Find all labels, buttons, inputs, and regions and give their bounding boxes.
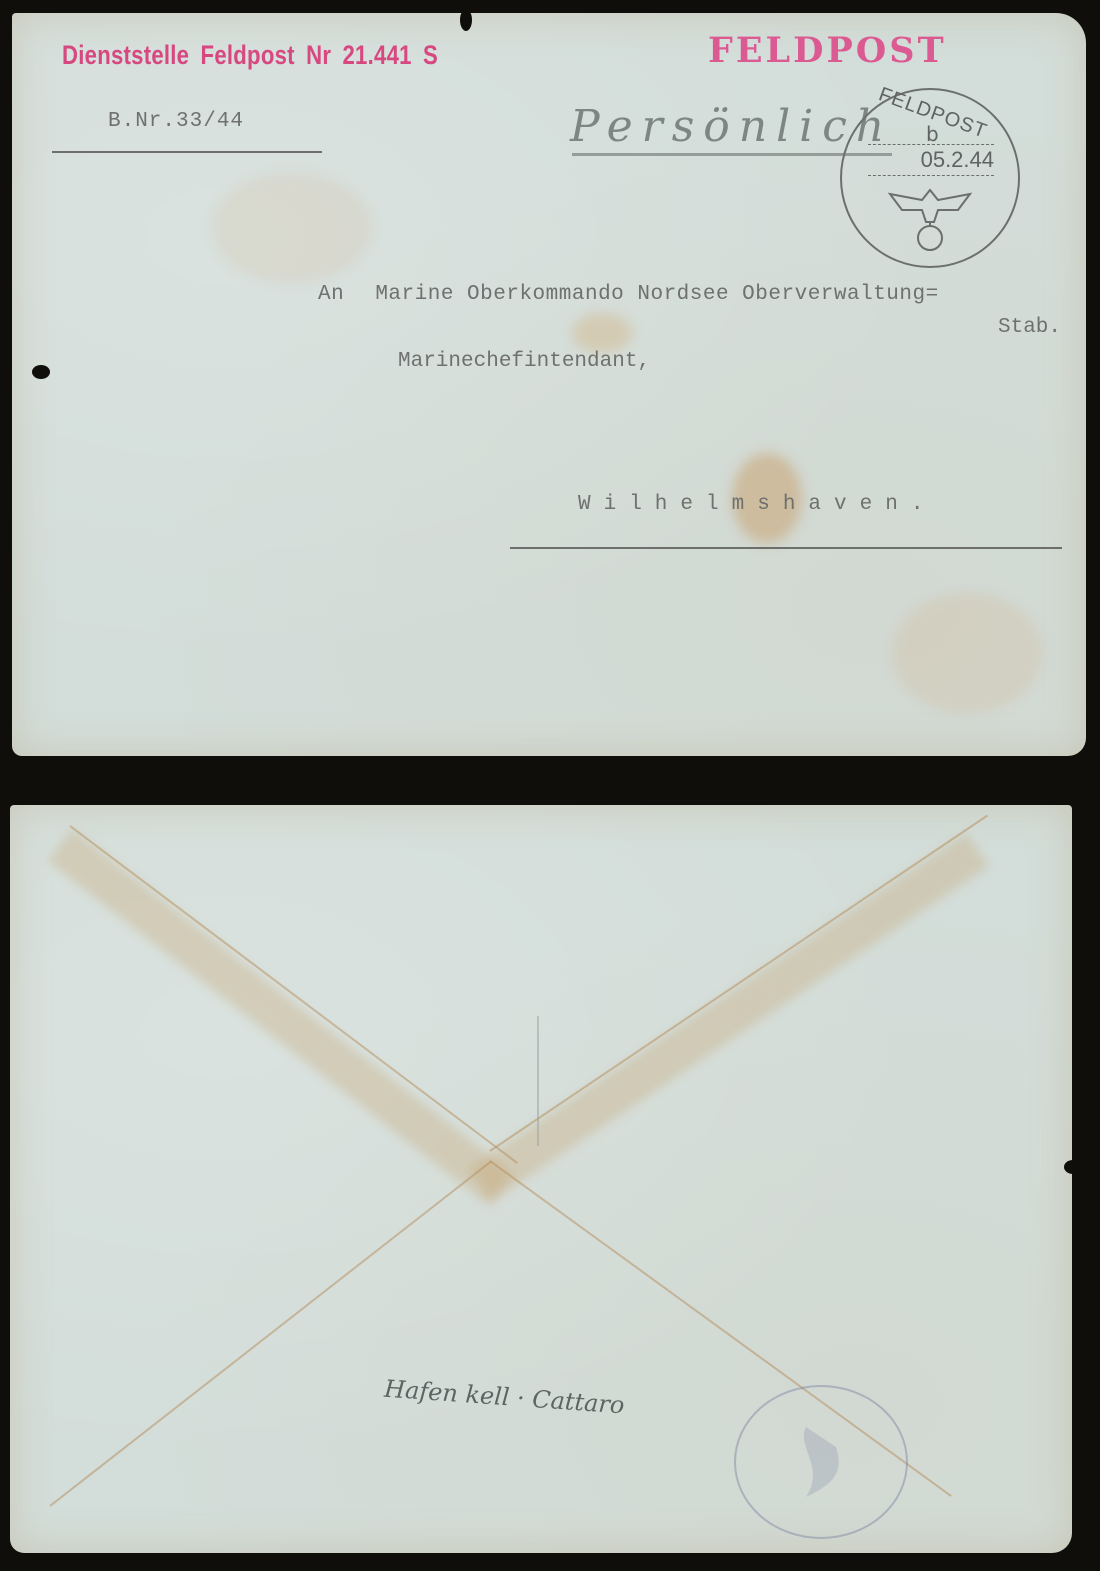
censor-eagle-icon xyxy=(736,1387,906,1537)
postmark-date: 05.2.44 xyxy=(868,144,994,176)
punch-hole xyxy=(1064,1160,1082,1174)
address-underline xyxy=(510,547,1062,549)
censor-stamp xyxy=(734,1385,908,1539)
envelope-back: Hafen kell · Cattaro xyxy=(10,805,1072,1553)
flap-edge xyxy=(537,1016,539,1146)
flap-edge xyxy=(69,825,517,1164)
feldpost-postmark: FELDPOST b 05.2.44 xyxy=(840,88,1020,268)
eagle-emblem-icon xyxy=(888,188,972,252)
stain xyxy=(572,313,632,353)
address-recipient: Marine Oberkommando Nordsee Oberverwaltu… xyxy=(375,283,938,306)
reference-number: B.Nr.33/44 xyxy=(108,110,244,133)
handwritten-persoenlich: Persönlich xyxy=(570,101,893,152)
address-line-1-cont: Stab. xyxy=(998,316,1061,339)
dienststelle-stamp: Dienststelle Feldpost Nr 21.441 S xyxy=(62,40,438,71)
handwritten-back-note: Hafen kell · Cattaro xyxy=(383,1375,625,1420)
envelope-front: Dienststelle Feldpost Nr 21.441 S FELDPO… xyxy=(12,13,1086,756)
feldpost-stamp: FELDPOST xyxy=(708,30,947,71)
punch-hole xyxy=(32,365,50,379)
stain xyxy=(212,173,372,283)
postmark-letter: b xyxy=(926,122,939,146)
divider xyxy=(52,151,322,153)
address-prefix: An xyxy=(318,283,344,306)
address-city: Wilhelmshaven. xyxy=(578,493,936,516)
address-line-2: Marinechefintendant, xyxy=(398,350,650,373)
flap-edge xyxy=(49,1160,492,1506)
tear xyxy=(460,9,472,31)
flap-edge xyxy=(489,815,988,1152)
stain xyxy=(892,593,1042,713)
flap-stain xyxy=(48,829,514,1205)
address-line-1: An Marine Oberkommando Nordsee Oberverwa… xyxy=(318,283,939,306)
flap-stain xyxy=(469,833,989,1202)
